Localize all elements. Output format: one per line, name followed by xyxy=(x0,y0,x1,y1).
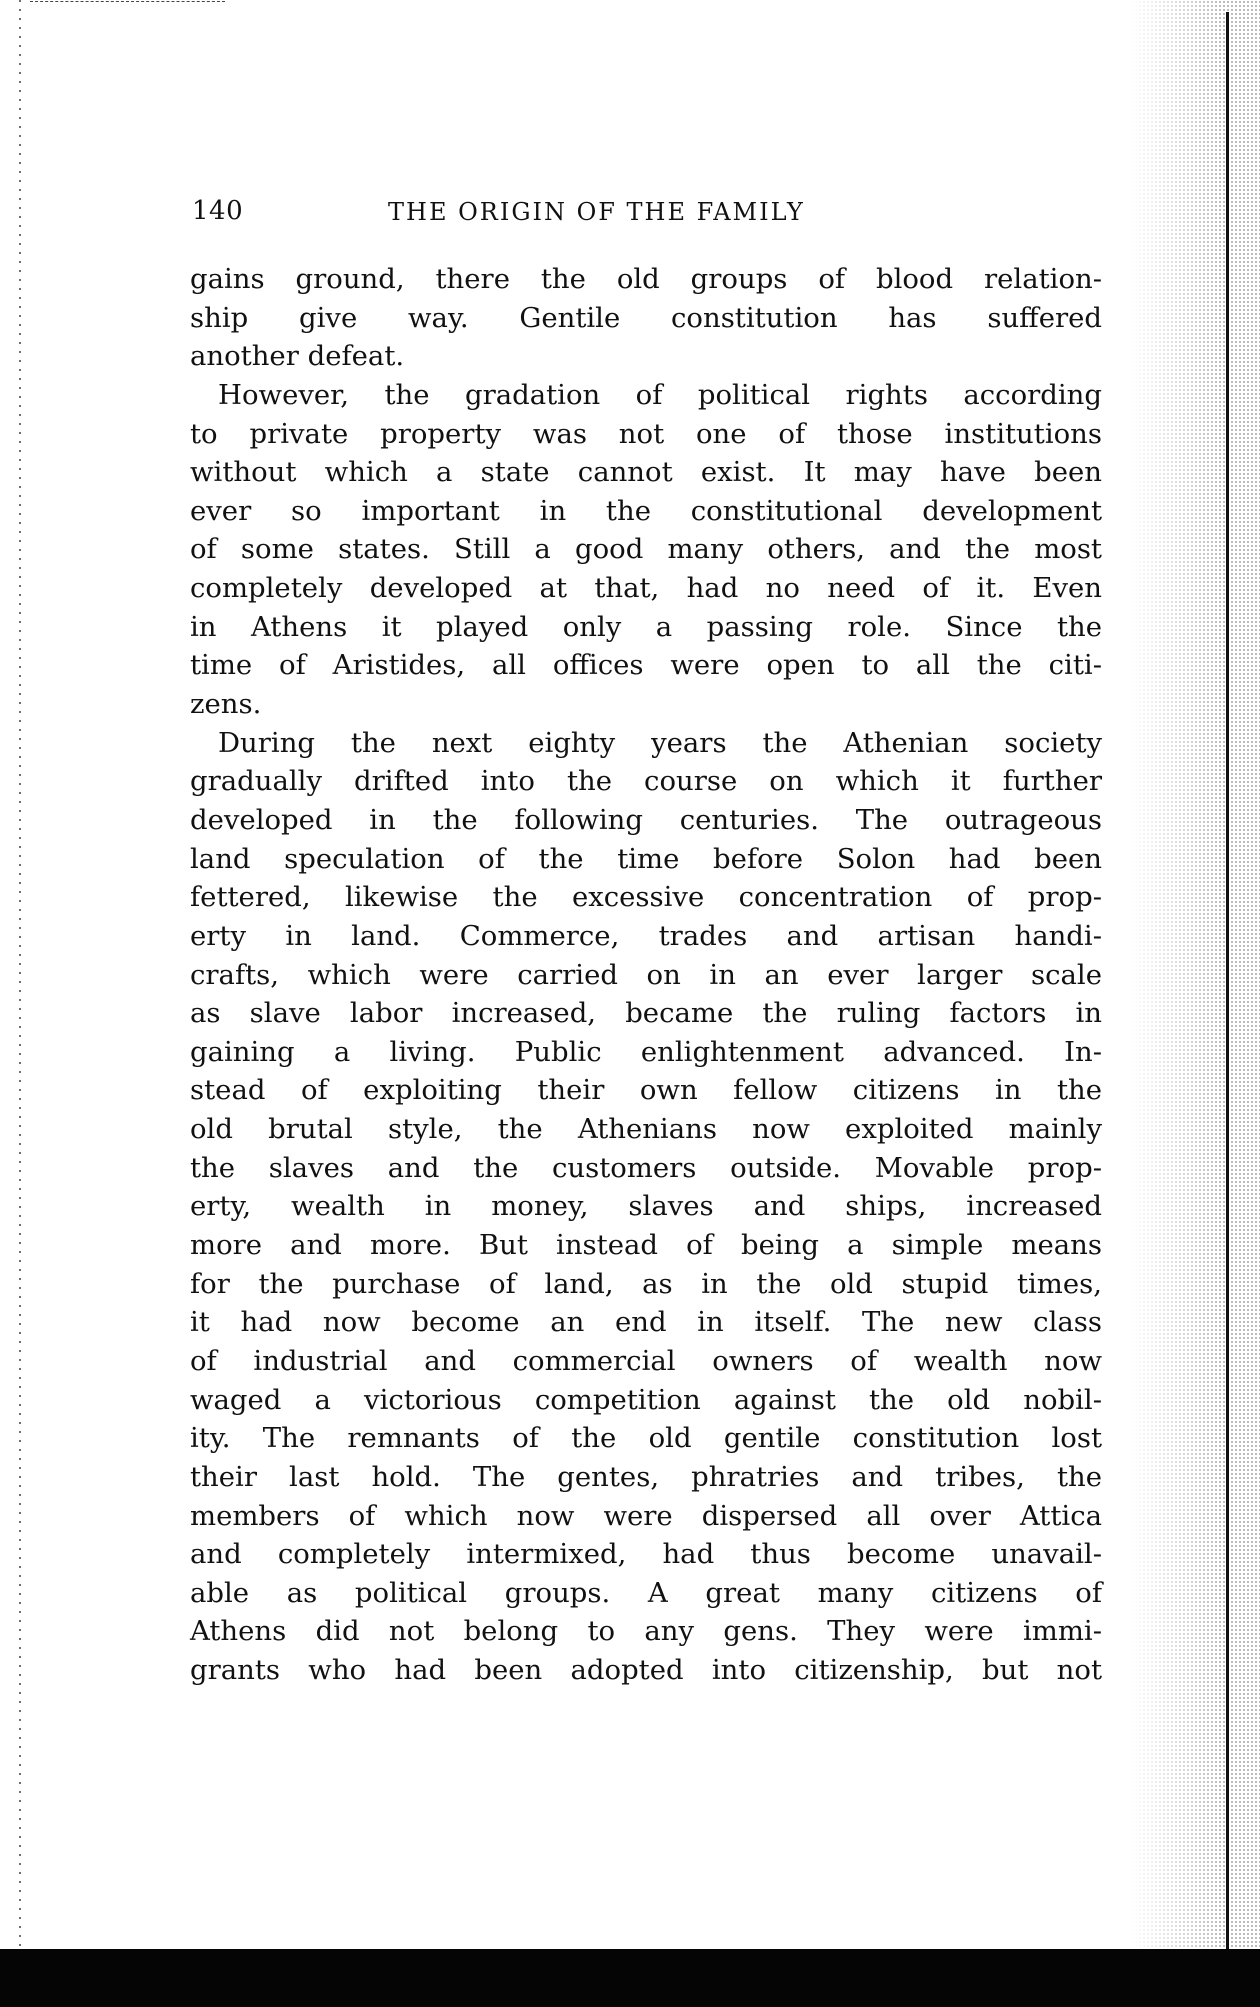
paragraph-2: However, the gradation of political righ… xyxy=(190,376,1102,724)
text-line: in Athens it played only a passing role.… xyxy=(190,608,1102,647)
text-line: Athens did not belong to any gens. They … xyxy=(190,1612,1102,1651)
text-line: grants who had been adopted into citizen… xyxy=(190,1651,1102,1690)
text-line: and completely intermixed, had thus beco… xyxy=(190,1535,1102,1574)
body-text: gains ground, there the old groups of bl… xyxy=(190,260,1102,1690)
text-line: During the next eighty years the Athenia… xyxy=(190,724,1102,763)
text-line: another defeat. xyxy=(190,337,1102,376)
text-line: land speculation of the time before Solo… xyxy=(190,840,1102,879)
text-line: zens. xyxy=(190,685,1102,724)
text-line: completely developed at that, had no nee… xyxy=(190,569,1102,608)
text-line: the slaves and the customers outside. Mo… xyxy=(190,1149,1102,1188)
text-line: their last hold. The gentes, phratries a… xyxy=(190,1458,1102,1497)
text-line: it had now become an end in itself. The … xyxy=(190,1303,1102,1342)
text-line: waged a victorious competition against t… xyxy=(190,1381,1102,1420)
text-line: to private property was not one of those… xyxy=(190,415,1102,454)
page-number: 140 xyxy=(192,196,243,226)
scan-bottom-black-band xyxy=(0,1949,1260,2007)
running-head: 140 THE ORIGIN OF THE FAMILY xyxy=(188,196,1100,236)
paragraph-3: During the next eighty years the Athenia… xyxy=(190,724,1102,1690)
text-line: able as political groups. A great many c… xyxy=(190,1574,1102,1613)
text-line: gaining a living. Public enlightenment a… xyxy=(190,1033,1102,1072)
text-line: erty in land. Commerce, trades and artis… xyxy=(190,917,1102,956)
text-line: members of which now were dispersed all … xyxy=(190,1497,1102,1536)
paragraph-1: gains ground, there the old groups of bl… xyxy=(190,260,1102,376)
text-line: more and more. But instead of being a si… xyxy=(190,1226,1102,1265)
text-line: of some states. Still a good many others… xyxy=(190,530,1102,569)
text-line: of industrial and commercial owners of w… xyxy=(190,1342,1102,1381)
scan-left-edge-artifact xyxy=(19,0,21,1950)
text-line: erty, wealth in money, slaves and ships,… xyxy=(190,1187,1102,1226)
text-line: without which a state cannot exist. It m… xyxy=(190,453,1102,492)
text-line: developed in the following centuries. Th… xyxy=(190,801,1102,840)
text-line: ity. The remnants of the old gentile con… xyxy=(190,1419,1102,1458)
text-line: old brutal style, the Athenians now expl… xyxy=(190,1110,1102,1149)
running-title: THE ORIGIN OF THE FAMILY xyxy=(388,198,805,226)
book-gutter-shadow xyxy=(1130,0,1260,1950)
scan-top-edge-rule xyxy=(30,1,225,3)
text-line: as slave labor increased, became the rul… xyxy=(190,994,1102,1033)
text-line: gradually drifted into the course on whi… xyxy=(190,762,1102,801)
text-line: for the purchase of land, as in the old … xyxy=(190,1265,1102,1304)
book-gutter-line xyxy=(1226,12,1229,1950)
text-line: However, the gradation of political righ… xyxy=(190,376,1102,415)
text-line: ever so important in the constitutional … xyxy=(190,492,1102,531)
text-line: gains ground, there the old groups of bl… xyxy=(190,260,1102,299)
text-line: stead of exploiting their own fellow cit… xyxy=(190,1071,1102,1110)
text-line: ship give way. Gentile constitution has … xyxy=(190,299,1102,338)
text-line: crafts, which were carried on in an ever… xyxy=(190,956,1102,995)
text-line: time of Aristides, all offices were open… xyxy=(190,646,1102,685)
text-line: fettered, likewise the excessive concent… xyxy=(190,878,1102,917)
